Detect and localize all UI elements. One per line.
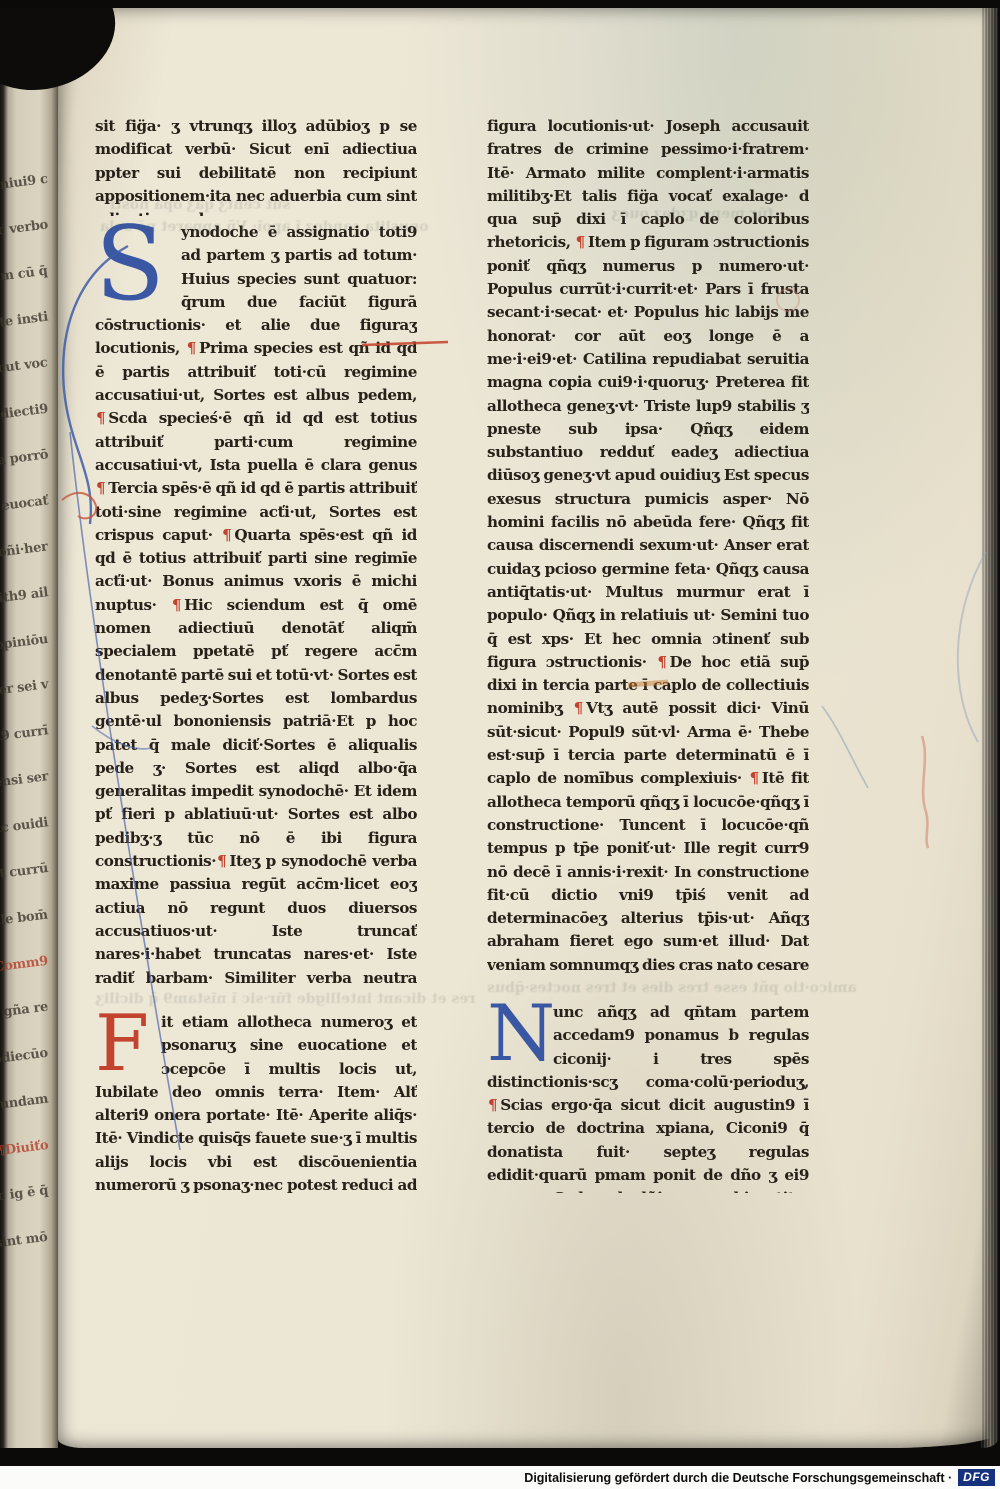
verso-showthrough-text: amico·tio pñt esse tres dies et tres noc… [487, 980, 857, 996]
gutter-text-fragment: n gña re [0, 1000, 49, 1022]
dfg-logo: DFG [958, 1469, 995, 1486]
text-column-left: sit fig̈a· ʒ vtrunqʒ illoʒ adūbioʒ p se … [95, 0, 417, 1441]
rubric-pilcrow: ¶ [573, 699, 586, 717]
gutter-text-fragment: hic ig ē q̄ [0, 1183, 49, 1206]
gutter-text-fragment: Ille bom̄ [0, 908, 49, 930]
gutter-text-fragment: sicut voc [0, 355, 49, 377]
rubric-pilcrow: ¶ [171, 596, 184, 614]
gutter-text-fragment: poñi·her [0, 539, 49, 561]
gutter-text-fragment: ita porrō [0, 447, 49, 469]
illuminated-initial: S [95, 226, 175, 314]
gutter-text-fragment: sint mō [0, 1230, 49, 1251]
gutter-text-fragment: ¶Diuiťo [0, 1138, 49, 1159]
gutter-text-fragment: adiecti9 [0, 402, 49, 424]
facing-page-text-sliver: iniui9 coc verboum cū q̄āte instisicut v… [0, 157, 56, 1287]
illuminated-initial: F [95, 1014, 155, 1078]
manuscript-paragraph: Fit etiam allotheca numeroʒ et psonaruʒ … [95, 1011, 417, 1193]
manuscript-scan-photo: iniui9 coc verboum cū q̄āte instisicut v… [0, 0, 1000, 1489]
rubric-pilcrow: ¶ [95, 409, 108, 427]
rubric-pilcrow: ¶ [95, 479, 108, 497]
illuminated-initial: N [487, 1004, 547, 1068]
gutter-text-fragment: opiniōu [0, 632, 49, 653]
gutter-text-fragment: n euocať [0, 493, 49, 515]
rubric-pilcrow: ¶ [221, 526, 234, 544]
gutter-text-fragment: mith9 ail [0, 585, 49, 608]
gutter-text-fragment: hīc ouidi [0, 815, 49, 837]
gutter-text-fragment: gensi ser [0, 769, 49, 792]
rubric-pilcrow: ¶ [575, 233, 588, 251]
book-gutter: iniui9 coc verboum cū q̄āte instisicut v… [0, 7, 58, 1448]
rubric-pilcrow: ¶ [216, 852, 229, 870]
verso-showthrough-text: onuslita sandoʒ ī apoī· Vñ apparet nō so… [100, 219, 428, 235]
rubric-pilcrow: ¶ [656, 653, 669, 671]
footer-credit-bar: Digitalisierung gefördert durch die Deut… [0, 1466, 1000, 1489]
gutter-text-fragment: um cū q̄ [0, 264, 49, 286]
manuscript-paragraph: Synodoche ē assignatio toti9 ad partem ʒ… [95, 221, 417, 993]
gutter-text-fragment: pter sei v [0, 677, 49, 700]
verso-showthrough-text: sūt centʒ q̄aʒ op̄a nostr [108, 197, 290, 213]
gutter-text-fragment: iniui9 c [0, 172, 49, 193]
verso-showthrough-text: fūr mens qʒdaʒ ouoʒ [612, 206, 773, 222]
gutter-text-fragment: cundam [0, 1092, 49, 1114]
verso-showthrough-text: res et dicant intelligde fūr·sic ī nīsta… [96, 991, 475, 1007]
gutter-text-fragment: odiecūo [0, 1046, 49, 1068]
page-fore-edge [981, 7, 998, 1448]
gutter-text-fragment: at9 currī [0, 723, 49, 745]
manuscript-paragraph: figura locutionis·ut· Joseph accusauit f… [487, 115, 809, 975]
rubric-pilcrow: ¶ [487, 1096, 500, 1114]
rubric-pilcrow: ¶ [749, 769, 762, 787]
gutter-text-fragment: uñt currū [0, 861, 49, 884]
rubric-pilcrow: ¶ [186, 339, 199, 357]
gutter-text-fragment: oc verbo [0, 217, 49, 239]
digitization-credit-text: Digitalisierung gefördert durch die Deut… [524, 1471, 952, 1485]
manuscript-paragraph: Nunc añqʒ ad qn̄tam partem accedam9 pona… [487, 1001, 809, 1193]
gutter-text-fragment: āte insti [0, 310, 49, 332]
gutter-text-fragment: Comm9 [0, 954, 49, 975]
